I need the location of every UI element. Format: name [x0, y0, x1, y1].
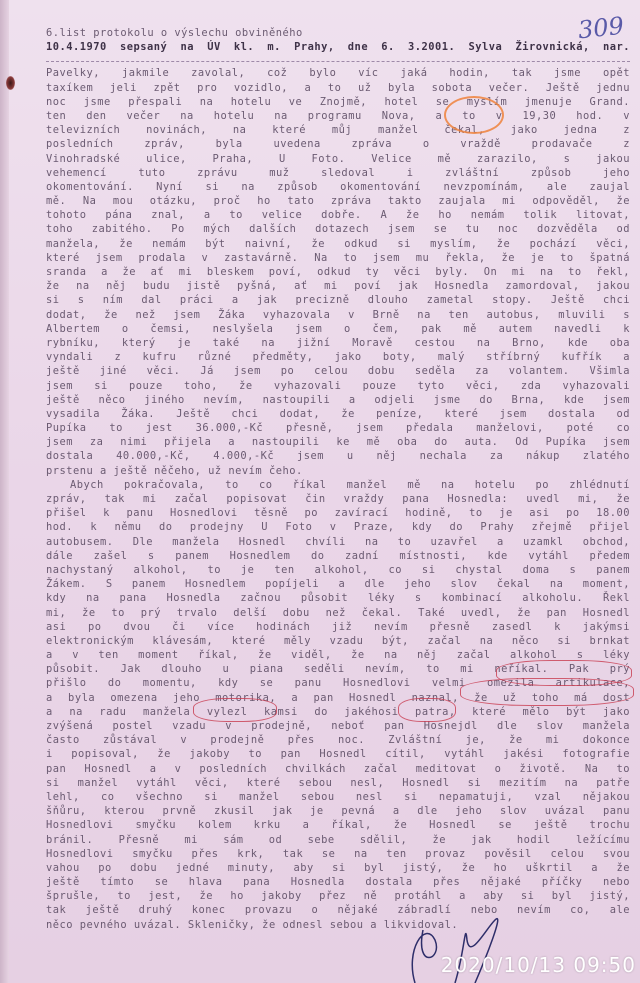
- text-line: televizních novinách, na které můj manže…: [46, 123, 630, 137]
- text-line: posledních zpráv, byla uvedena zpráva o …: [46, 137, 630, 151]
- text-line: přišel k panu Hosnedlovi těsně po zavíra…: [46, 506, 630, 520]
- text-line: zvýšená postel vzadu v prodejně, neboť p…: [46, 719, 630, 733]
- text-line: si manžel vytáhl věci, které sebou nesl,…: [46, 776, 630, 790]
- text-line: Hosnedlovi smyčku přes krk, tak se na te…: [46, 847, 630, 861]
- text-line: i popisoval, že jakoby to pan Hosnedl cí…: [46, 747, 630, 761]
- page-left-edge: [0, 0, 9, 983]
- text-line: často zůstával v prodejně přes noc. Zvlá…: [46, 733, 630, 747]
- text-line: Žákem. S panem Hosnedlem popíjeli a dle …: [46, 577, 630, 591]
- text-line: jsem si pouze toho, že vyhazovali pouze …: [46, 379, 630, 393]
- text-line: nachystaný alkohol, to je ten alkohol, c…: [46, 563, 630, 577]
- text-line: Hosnedlovi smyčku kolem krku a říkal, že…: [46, 818, 630, 832]
- text-line: si s ním dal práci a jak precizně dlouho…: [46, 293, 630, 307]
- header-date-place: 10.4.1970 sepsaný na ÚV kl. m. Prahy, dn…: [46, 41, 455, 53]
- text-line: šňůru, kterou prvně zkusil jak je pevná …: [46, 804, 630, 818]
- text-line: Albertem o čemsi, neslyšela jsem o čem, …: [46, 322, 630, 336]
- text-line: rybníku, který je také na jižní Moravě c…: [46, 336, 630, 350]
- text-line: pan Hosnedl a v posledních chvilkách zač…: [46, 762, 630, 776]
- text-line: noc jsme přespali na hotelu ve Znojmě, h…: [46, 95, 630, 109]
- red-oval-annotation: [460, 678, 634, 706]
- binder-hole-stain: [6, 76, 15, 90]
- text-line: okomentování. Nyní si na způsob okomento…: [46, 180, 630, 194]
- header-line-2: 10.4.1970 sepsaný na ÚV kl. m. Prahy, dn…: [46, 40, 630, 54]
- red-oval-annotation: [398, 698, 456, 722]
- text-line: Pavelky, jakmile zavolal, což bylo víc j…: [46, 66, 630, 80]
- red-oval-annotation: [193, 698, 277, 722]
- text-line: tohoto pána znal, a to velice dobře. A ž…: [46, 208, 630, 222]
- text-line: elektronickým klávesám, které měly vzadu…: [46, 634, 630, 648]
- text-line: autobusem. Dle manžela Hosnedl chvíli na…: [46, 535, 630, 549]
- text-line: dodat, že než jsem Žáka vyhazovala v Brn…: [46, 308, 630, 322]
- text-line: lehl, co všechno si manžel sebou nesl si…: [46, 790, 630, 804]
- paragraph-1: Pavelky, jakmile zavolal, což bylo víc j…: [46, 66, 630, 477]
- text-line: manžela, že nemám být naivní, že odkud s…: [46, 237, 630, 251]
- text-line: mě. Na mou otázku, proč ho tato zpráva t…: [46, 194, 630, 208]
- text-line: dále zašel s panem Hosnedlem do zadní mí…: [46, 549, 630, 563]
- text-line: ještě tímto se hlava pana Hosnedla dosta…: [46, 875, 630, 889]
- text-line: bránil. Přesně mi sám od sebe sdělil, že…: [46, 833, 630, 847]
- text-line: ještě něco jiného nevím, nastoupili a od…: [46, 393, 630, 407]
- text-line: Vinohradské ulice, Praha, U Foto. Velice…: [46, 152, 630, 166]
- camera-timestamp: 2020/10/13 09:50: [441, 953, 636, 977]
- text-line: ten den večer na hotelu na programu Nova…: [46, 109, 630, 123]
- text-line: kdy na pana Hosnedla začnou působit léky…: [46, 591, 630, 605]
- text-line: Pupíka to jest 36.000,-Kč přesně, jsem p…: [46, 421, 630, 435]
- header-line-1: 6.list protokolu o výslechu obviněného: [46, 26, 630, 40]
- document-text: 6.list protokolu o výslechu obviněného 1…: [46, 26, 630, 932]
- text-line: vysadila Žáka. Ještě chci dodat, že pení…: [46, 407, 630, 421]
- header-separator: [46, 55, 630, 62]
- text-line: dostala 40.000,-Kč, 4.000,-Kč jsem u něj…: [46, 449, 630, 463]
- text-line: vahou po dobu jedné minuty, aby si byl j…: [46, 861, 630, 875]
- text-line: které jsem prodala v zastavárně. Na to j…: [46, 251, 630, 265]
- text-line: Abych pokračovala, to co říkal manžel mě…: [46, 478, 630, 492]
- text-line: taxíkem jeli zpět pro vozidlo, a to už b…: [46, 81, 630, 95]
- text-line: toho zabitého. Po mých dalších dotazech …: [46, 222, 630, 236]
- text-line: zpráv, tak mi začal popisovat čin vraždy…: [46, 492, 630, 506]
- orange-circle-annotation: [444, 96, 504, 134]
- text-line: sranda a že ať mi bleskem poví, odkud ty…: [46, 265, 630, 279]
- accused-name: Sylva Žirovnická, nar.: [468, 41, 630, 53]
- text-line: mi, že to prý trvalo delší dobu než čeka…: [46, 606, 630, 620]
- text-line: vyndali z kufru různé předměty, jako bot…: [46, 350, 630, 364]
- text-line: vehemencí tuto zprávu muž sledoval i zvl…: [46, 166, 630, 180]
- text-line: asi po dvou či více hodinách již nevím p…: [46, 620, 630, 634]
- text-line: že na něj budu jistě pyšná, ať mi poví j…: [46, 279, 630, 293]
- text-line: prstenu a ještě něčeho, už nevím čeho.: [46, 464, 630, 478]
- text-line: jsem za nimi přijela a nastoupili ke mě …: [46, 435, 630, 449]
- text-line: a na radu manžela vylezl kamsi do jakého…: [46, 705, 630, 719]
- text-line: šprušle, to jest, že ho jakoby přez ně p…: [46, 889, 630, 903]
- document-page: 309 6.list protokolu o výslechu obviněné…: [0, 0, 640, 983]
- text-line: ještě jiné věci. Já jsem po celou dobu s…: [46, 364, 630, 378]
- text-line: hod. k němu do prodejny U Foto v Praze, …: [46, 520, 630, 534]
